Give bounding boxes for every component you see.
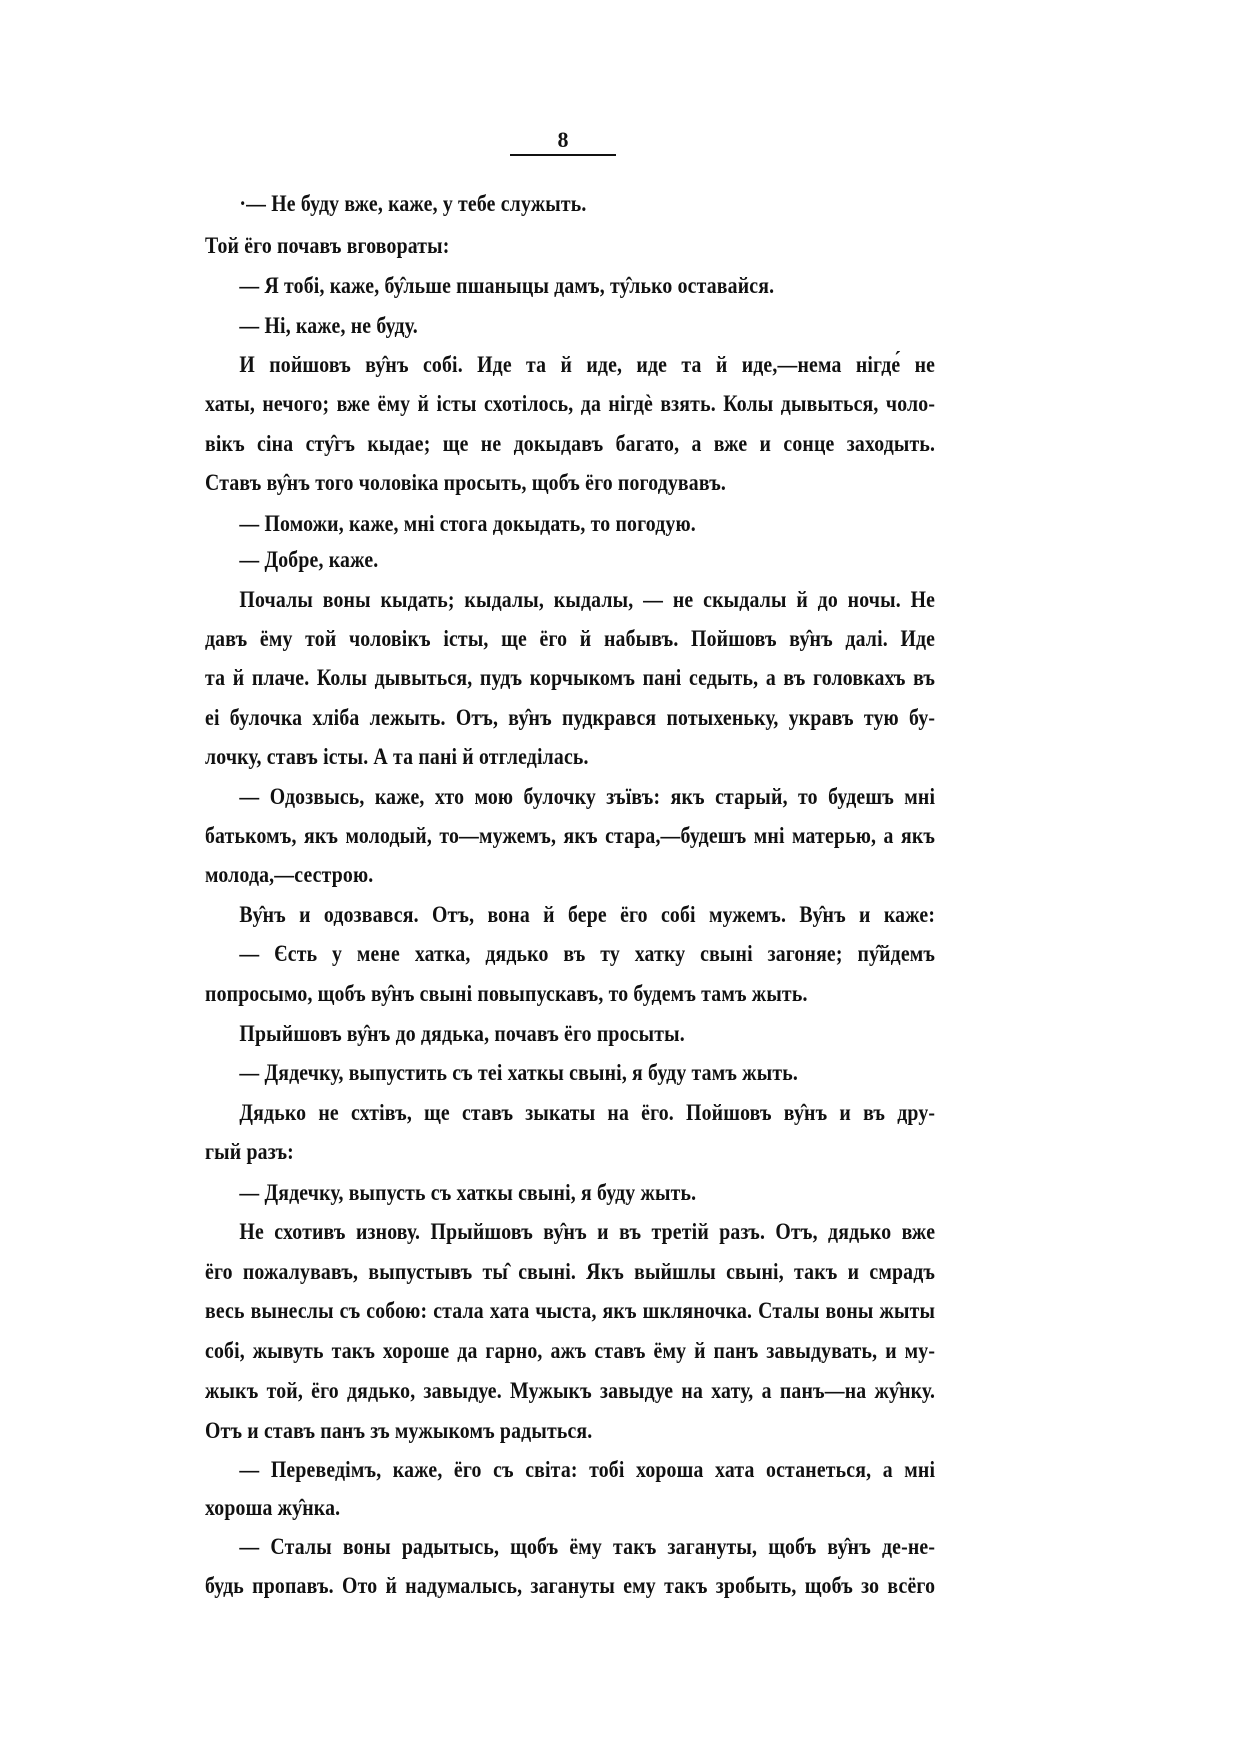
text-line: — Переведімъ, каже, ёго съ світа: тобі х… <box>205 1451 935 1489</box>
text-line: попросымо, щобъ ву̂нъ свыні повыпускавъ,… <box>205 975 833 1013</box>
text-line: жыкъ той, ёго дядько, завыдуе. Мужыкъ за… <box>205 1372 935 1410</box>
text-line: — Поможи, каже, мні стога докыдать, то п… <box>205 505 833 543</box>
text-line: — Одозвысь, каже, хто мою булочку зъївъ:… <box>205 778 935 816</box>
text-line: — Дядечку, выпусть съ хаткы свыні, я буд… <box>205 1174 833 1212</box>
text-line: Не схотивъ изнову. Прыйшовъ ву̂нъ и въ т… <box>205 1213 935 1251</box>
text-line: ёго пожалувавъ, выпустывъ ты̂ свыні. Якъ… <box>205 1253 935 1291</box>
text-line: еі булочка хліба лежыть. Отъ, ву̂нъ пудк… <box>205 699 935 737</box>
page-number: 8 <box>510 128 616 156</box>
text-line: Дядько не схтівъ, ще ставъ зыкаты на ёго… <box>205 1094 935 1132</box>
text-line: хаты, нечого; вже ёму й істы схотілось, … <box>205 385 935 423</box>
text-line: Почалы воны кыдать; кыдалы, кыдалы, — не… <box>205 581 935 619</box>
text-line: — Добре, каже. <box>205 541 833 579</box>
text-line: вікъ сіна сту̂гъ кыдае; ще не докыдавъ б… <box>205 425 935 463</box>
text-line: Той ёго почавъ вговораты: <box>205 227 833 265</box>
text-line: И пойшовъ ву̂нъ собі. Иде та й иде, иде … <box>205 346 935 384</box>
text-line: Прыйшовъ ву̂нъ до дядька, почавъ ёго про… <box>205 1015 833 1053</box>
text-line: та й плаче. Колы дывыться, пудъ корчыком… <box>205 659 935 697</box>
text-line: лочку, ставъ істы. А та пані й отгледіла… <box>205 738 833 776</box>
text-line: будь пропавъ. Ото й надумалысь, загануты… <box>205 1567 935 1605</box>
text-line: собі, жывуть такъ хороше да гарно, ажъ с… <box>205 1332 935 1370</box>
text-line: молода,—сестрою. <box>205 856 833 894</box>
text-line: — Сталы воны радытысь, щобъ ёму такъ заг… <box>205 1528 935 1566</box>
text-line: ·— Не буду вже, каже, у тебе служыть. <box>205 185 833 223</box>
text-line: гый разъ: <box>205 1133 833 1171</box>
text-line: — Дядечку, выпустить съ теі хаткы свыні,… <box>205 1054 833 1092</box>
text-line: давъ ёму той чоловікъ істы, ще ёго й наб… <box>205 620 935 658</box>
text-line: — Єсть у мене хатка, дядько въ ту хатку … <box>205 935 935 973</box>
text-line: весь вынеслы съ собою: стала хата чыста,… <box>205 1292 935 1330</box>
text-line: — Я тобі, каже, бу̂льше пшаныцы дамъ, ту… <box>205 267 833 305</box>
text-line: батькомъ, якъ молодый, то—мужемъ, якъ ст… <box>205 817 935 855</box>
text-line: — Ні, каже, не буду. <box>205 307 833 345</box>
text-line: Отъ и ставъ панъ зъ мужыкомъ радыться. <box>205 1412 833 1450</box>
text-line: Ву̂нъ и одозвався. Отъ, вона й бере ёго … <box>205 896 935 934</box>
book-page: 8 ·— Не буду вже, каже, у тебе служыть.Т… <box>0 0 1241 1754</box>
text-line: хороша жу̂нка. <box>205 1489 833 1527</box>
text-line: Ставъ ву̂нъ того чоловіка просыть, щобъ … <box>205 464 833 502</box>
